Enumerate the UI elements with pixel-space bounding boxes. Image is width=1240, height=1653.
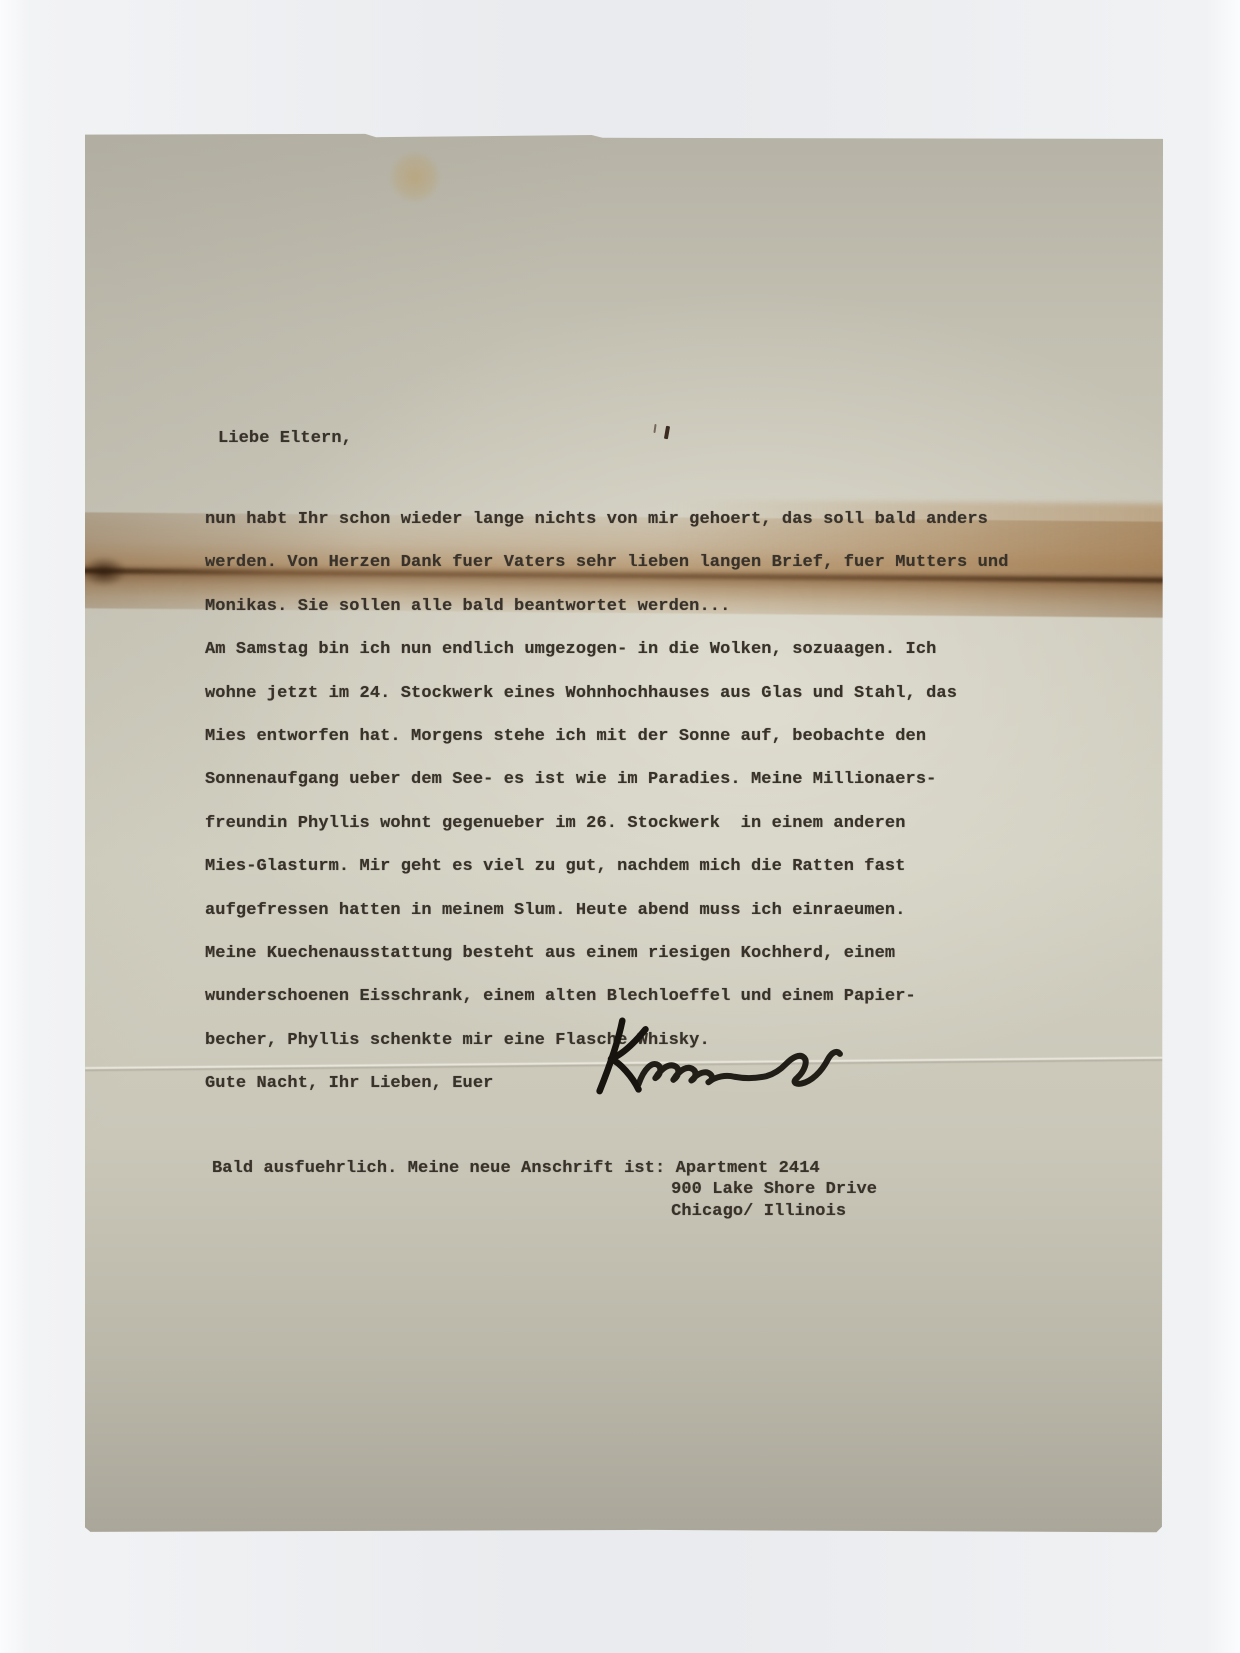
ink-speck <box>664 426 670 439</box>
letter-line: wunderschoenen Eisschrank, einem alten B… <box>205 987 916 1007</box>
stain-spot <box>389 151 441 203</box>
letter-paper: Liebe Eltern, nun habt Ihr schon wieder … <box>85 133 1163 1533</box>
signature-scrawl <box>589 1013 850 1104</box>
photo-backdrop: Liebe Eltern, nun habt Ihr schon wieder … <box>0 0 1240 1653</box>
letter-line: Sonnenaufgang ueber dem See- es ist wie … <box>205 770 936 790</box>
letter-line: freundin Phyllis wohnt gegenueber im 26.… <box>205 814 906 834</box>
burn-left-blob <box>81 556 127 586</box>
bottom-edge-aging <box>91 1515 571 1531</box>
letter-line: Am Samstag bin ich nun endlich umgezogen… <box>205 640 936 660</box>
closing-line: Gute Nacht, Ihr Lieben, Euer <box>205 1074 493 1094</box>
address-line: 900 Lake Shore Drive <box>671 1180 877 1201</box>
ink-speck <box>653 424 656 433</box>
letter-line: aufgefressen hatten in meinem Slum. Heut… <box>205 901 906 921</box>
letter-line: Mies entworfen hat. Morgens stehe ich mi… <box>205 727 926 747</box>
letter-line: wohne jetzt im 24. Stockwerk eines Wohnh… <box>205 684 957 704</box>
postscript-block: Bald ausfuehrlich. Meine neue Anschrift … <box>212 1159 877 1222</box>
letter-line: Mies-Glasturm. Mir geht es viel zu gut, … <box>205 857 906 877</box>
letter-line: Monikas. Sie sollen alle bald beantworte… <box>205 597 730 617</box>
salutation: Liebe Eltern, <box>218 429 352 449</box>
letter-line: werden. Von Herzen Dank fuer Vaters sehr… <box>205 553 1009 573</box>
letter-line: nun habt Ihr schon wieder lange nichts v… <box>205 510 988 530</box>
postscript-line: Bald ausfuehrlich. Meine neue Anschrift … <box>212 1159 877 1179</box>
letter-line: Meine Kuechenausstattung besteht aus ein… <box>205 944 895 964</box>
edge-burn-streak <box>1147 1383 1163 1455</box>
address-line: Chicago/ Illinois <box>671 1202 877 1223</box>
